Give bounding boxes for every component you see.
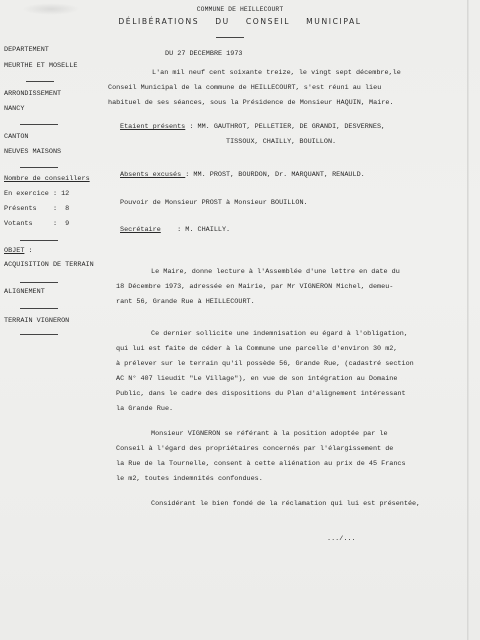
objet-item: ALIGNEMENT bbox=[4, 288, 45, 297]
objet-heading: OBJET : bbox=[4, 247, 33, 256]
intro-line: Conseil Municipal de la commune de HEILL… bbox=[108, 84, 381, 93]
sidebar-divider bbox=[20, 124, 58, 125]
departement-label: DEPARTEMENT bbox=[4, 46, 49, 55]
secretaire-name: : M. CHAILLY. bbox=[161, 226, 230, 234]
intro-line: habituel de ses séances, sous la Préside… bbox=[108, 99, 394, 108]
absents-label: Absents excusés bbox=[120, 171, 185, 179]
presents-names: : MM. GAUTHROT, PELLETIER, DE GRANDI, DE… bbox=[185, 123, 385, 131]
arrondissement-value: NANCY bbox=[4, 105, 24, 114]
paragraph-line: à prélever sur le terrain qu'il possède … bbox=[116, 360, 414, 369]
conseillers-heading: Nombre de conseillers bbox=[4, 175, 90, 184]
canton-value: NEUVES MAISONS bbox=[4, 148, 61, 157]
absents-names: : MM. PROST, BOURDON, Dr. MARQUANT, RENA… bbox=[185, 171, 364, 179]
pouvoir-line: Pouvoir de Monsieur PROST à Monsieur BOU… bbox=[120, 199, 308, 208]
page-edge-shadow bbox=[467, 0, 469, 640]
paragraph-line: Le Maire, donne lecture à l'Assemblée d'… bbox=[151, 268, 400, 277]
paragraph-line: Considérant le bien fondé de la réclamat… bbox=[151, 500, 420, 509]
objet-label: OBJET bbox=[4, 247, 24, 255]
sidebar-divider bbox=[26, 81, 54, 82]
en-exercice-count: En exercice : 12 bbox=[4, 190, 69, 199]
paragraph-line: Monsieur VIGNERON se référant à la posit… bbox=[151, 430, 388, 439]
intro-line: L'an mil neuf cent soixante treize, le v… bbox=[152, 69, 401, 78]
paragraph-line: Conseil à l'égard des propriétaires conc… bbox=[116, 445, 393, 454]
objet-colon: : bbox=[24, 247, 32, 255]
sidebar-divider bbox=[20, 282, 58, 283]
departement-value: MEURTHE ET MOSELLE bbox=[4, 62, 77, 71]
objet-item: ACQUISITION DE TERRAIN bbox=[4, 261, 94, 270]
votants-count: Votants : 9 bbox=[4, 220, 69, 229]
paragraph-line: Public, dans le cadre des dispositions d… bbox=[116, 390, 406, 399]
paragraph-line: la Grande Rue. bbox=[116, 405, 173, 414]
document-page: COMMUNE DE HEILLECOURT DÉLIBÉRATIONS DU … bbox=[0, 0, 480, 640]
presents-list: Etaient présents : MM. GAUTHROT, PELLETI… bbox=[120, 123, 385, 132]
sidebar-divider bbox=[20, 240, 58, 241]
presents-label: Etaient présents bbox=[120, 123, 185, 131]
paragraph-line: rant 56, Grande Rue à HEILLECOURT. bbox=[116, 298, 255, 307]
paragraph-line: 18 Décembre 1973, adressée en Mairie, pa… bbox=[116, 283, 393, 292]
secretaire-label: Secrétaire bbox=[120, 226, 161, 234]
paragraph-line: AC N° 407 lieudit "Le Village"), en vue … bbox=[116, 375, 397, 384]
secretaire-line: Secrétaire : M. CHAILLY. bbox=[120, 226, 230, 235]
paragraph-line: le m2, toutes indemnités confondues. bbox=[116, 475, 263, 484]
objet-item: TERRAIN VIGNERON bbox=[4, 317, 69, 326]
presents-count: Présents : 8 bbox=[4, 205, 69, 214]
sidebar-divider bbox=[20, 167, 58, 168]
paragraph-line: qui lui est faite de céder à la Commune … bbox=[116, 345, 397, 354]
commune-heading: COMMUNE DE HEILLECOURT bbox=[0, 6, 480, 13]
absents-list: Absents excusés : MM. PROST, BOURDON, Dr… bbox=[120, 171, 365, 180]
paragraph-line: la Rue de la Tournelle, consent à cette … bbox=[116, 460, 406, 469]
sidebar-divider bbox=[20, 308, 58, 309]
meeting-date: DU 27 DECEMBRE 1973 bbox=[165, 50, 243, 59]
canton-label: CANTON bbox=[4, 133, 28, 142]
title-divider bbox=[216, 37, 244, 38]
continuation-mark: .../... bbox=[327, 535, 356, 544]
sidebar-divider bbox=[20, 334, 58, 335]
presents-names-cont: TISSOUX, CHAILLY, BOUILLON. bbox=[226, 138, 336, 147]
paragraph-line: Ce dernier sollicite une indemnisation e… bbox=[151, 330, 408, 339]
arrondissement-label: ARRONDISSEMENT bbox=[4, 90, 61, 99]
document-title: DÉLIBÉRATIONS DU CONSEIL MUNICIPAL bbox=[0, 17, 480, 26]
